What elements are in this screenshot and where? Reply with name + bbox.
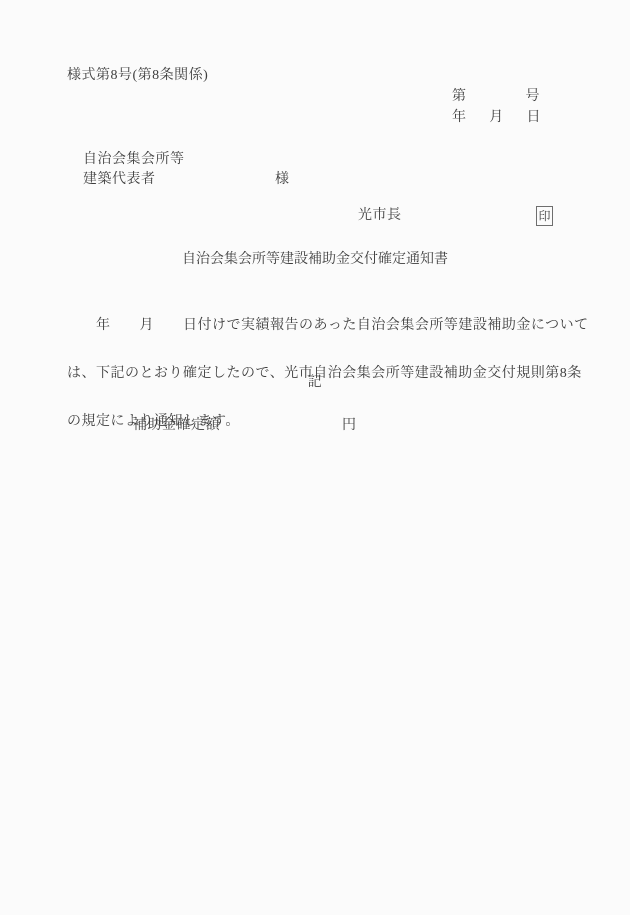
addressee-line1: 自治会集会所等	[83, 153, 185, 167]
doc-number-line: 第 号	[452, 90, 540, 104]
seal-box: 印	[536, 206, 553, 226]
document-title: 自治会集会所等建設補助金交付確定通知書	[0, 253, 630, 267]
addressee-line2: 建築代表者	[83, 173, 156, 187]
body-line: 年 月 日付けで実績報告のあった自治会集会所等建設補助金について	[67, 316, 595, 336]
issue-date-line: 年 月 日	[452, 111, 541, 125]
date-year-label: 年	[452, 111, 467, 125]
section-marker: 記	[0, 376, 630, 390]
document-page: 様式第8号(第8条関係) 第 号 年 月 日 自治会集会所等 建築代表者 様 光…	[0, 0, 630, 915]
addressee-honorific: 様	[275, 173, 290, 187]
doc-number-suffix: 号	[526, 90, 541, 104]
seal-character: 印	[538, 210, 550, 222]
amount-label: 補助金確定額	[133, 419, 220, 433]
sender-name: 光市長	[358, 209, 402, 223]
date-month-label: 月	[489, 111, 504, 125]
form-number: 様式第8号(第8条関係)	[67, 69, 208, 83]
amount-unit: 円	[342, 419, 357, 433]
doc-number-prefix: 第	[452, 90, 467, 104]
date-day-label: 日	[527, 111, 542, 125]
body-paragraph: 年 月 日付けで実績報告のあった自治会集会所等建設補助金について は、下記のとお…	[67, 288, 595, 460]
